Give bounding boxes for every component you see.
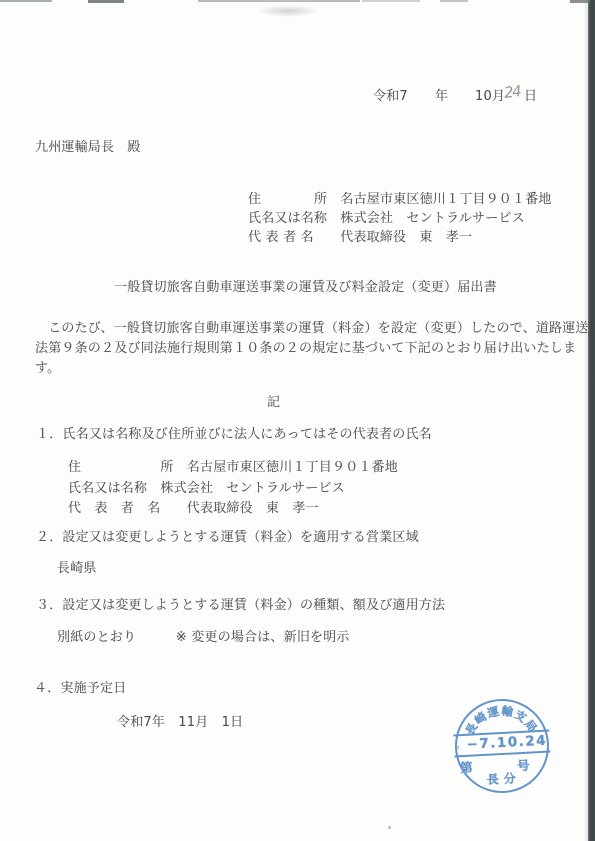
body-paragraph-line-3: す。: [35, 359, 60, 379]
body-paragraph-line-2: 法第９条の２及び同法施行規則第１０条の２の規定に基づいて下記のとおり届け出いたし…: [35, 339, 576, 359]
sender-representative-row: 代 表 者 名 代表取締役 東 孝一: [248, 226, 472, 245]
stamp-number-left-label: 第: [460, 758, 473, 777]
scan-smudge: [256, 5, 320, 17]
stamp-date: −7.10.24: [466, 730, 548, 757]
stamp-date-prefix: ，: [456, 734, 466, 757]
sender-address-row: 住 所 名古屋市東区徳川１丁目９０１番地: [248, 188, 552, 207]
scan-artifact: [362, 0, 420, 2]
scan-artifact: [198, 0, 360, 2]
document-title: 一般貸切旅客自動車運送事業の運賃及び料金設定（変更）届出書: [114, 276, 497, 295]
item-2-value: 長崎県: [57, 557, 97, 576]
item-4-value: 令和7年 11月 1日: [117, 711, 243, 730]
document-date-era: 令和7: [373, 85, 408, 104]
section-mark: 記: [267, 391, 280, 410]
scan-artifact: [88, 0, 124, 3]
scan-edge-strip: [588, 0, 595, 841]
item-1-address-row: 住 所 名古屋市東区徳川１丁目９０１番地: [68, 456, 398, 475]
document-date-day-label: 日: [524, 85, 537, 104]
document-date-year-label: 年: [435, 85, 448, 104]
scan-artifact: [440, 0, 468, 2]
addressee: 九州運輸局長 殿: [35, 136, 141, 155]
item-4-heading: ４．実施予定日: [34, 677, 126, 696]
scan-artifact: [570, 0, 590, 3]
item-3-heading: ３．設定又は変更しようとする運賃（料金）の種類、額及び適用方法: [36, 594, 445, 613]
scanned-document-page: 令和7 年 10月 24 日 九州運輸局長 殿 住 所 名古屋市東区徳川１丁目９…: [0, 0, 595, 841]
stamp-bottom-label: 長分: [486, 769, 521, 788]
handwritten-day: 24: [503, 82, 521, 102]
item-3-value: 別紙のとおり ※ 変更の場合は、新旧を明示: [57, 626, 350, 645]
item-1-heading: １．氏名又は名称及び住所並びに法人にあってはその代表者の氏名: [36, 423, 432, 442]
scan-artifact: [0, 0, 52, 2]
item-1-name-row: 氏名又は名称 株式会社 セントラルサービス: [68, 477, 345, 496]
scan-speck: [388, 826, 391, 829]
item-2-heading: ２．設定又は変更しようとする運賃（料金）を適用する営業区域: [36, 526, 419, 545]
stamp: 長崎運輸支局 ， −7.10.24 第 号 長分: [453, 697, 552, 796]
item-1-representative-row: 代 表 者 名 代表取締役 東 孝一: [68, 497, 319, 516]
sender-name-row: 氏名又は名称 株式会社 セントラルサービス: [248, 207, 525, 226]
body-paragraph-line-1: このたび、一般貸切旅客自動車運送事業の運賃（料金）を設定（変更）したので、道路運…: [35, 319, 589, 339]
document-date-month: 10月: [475, 85, 505, 104]
